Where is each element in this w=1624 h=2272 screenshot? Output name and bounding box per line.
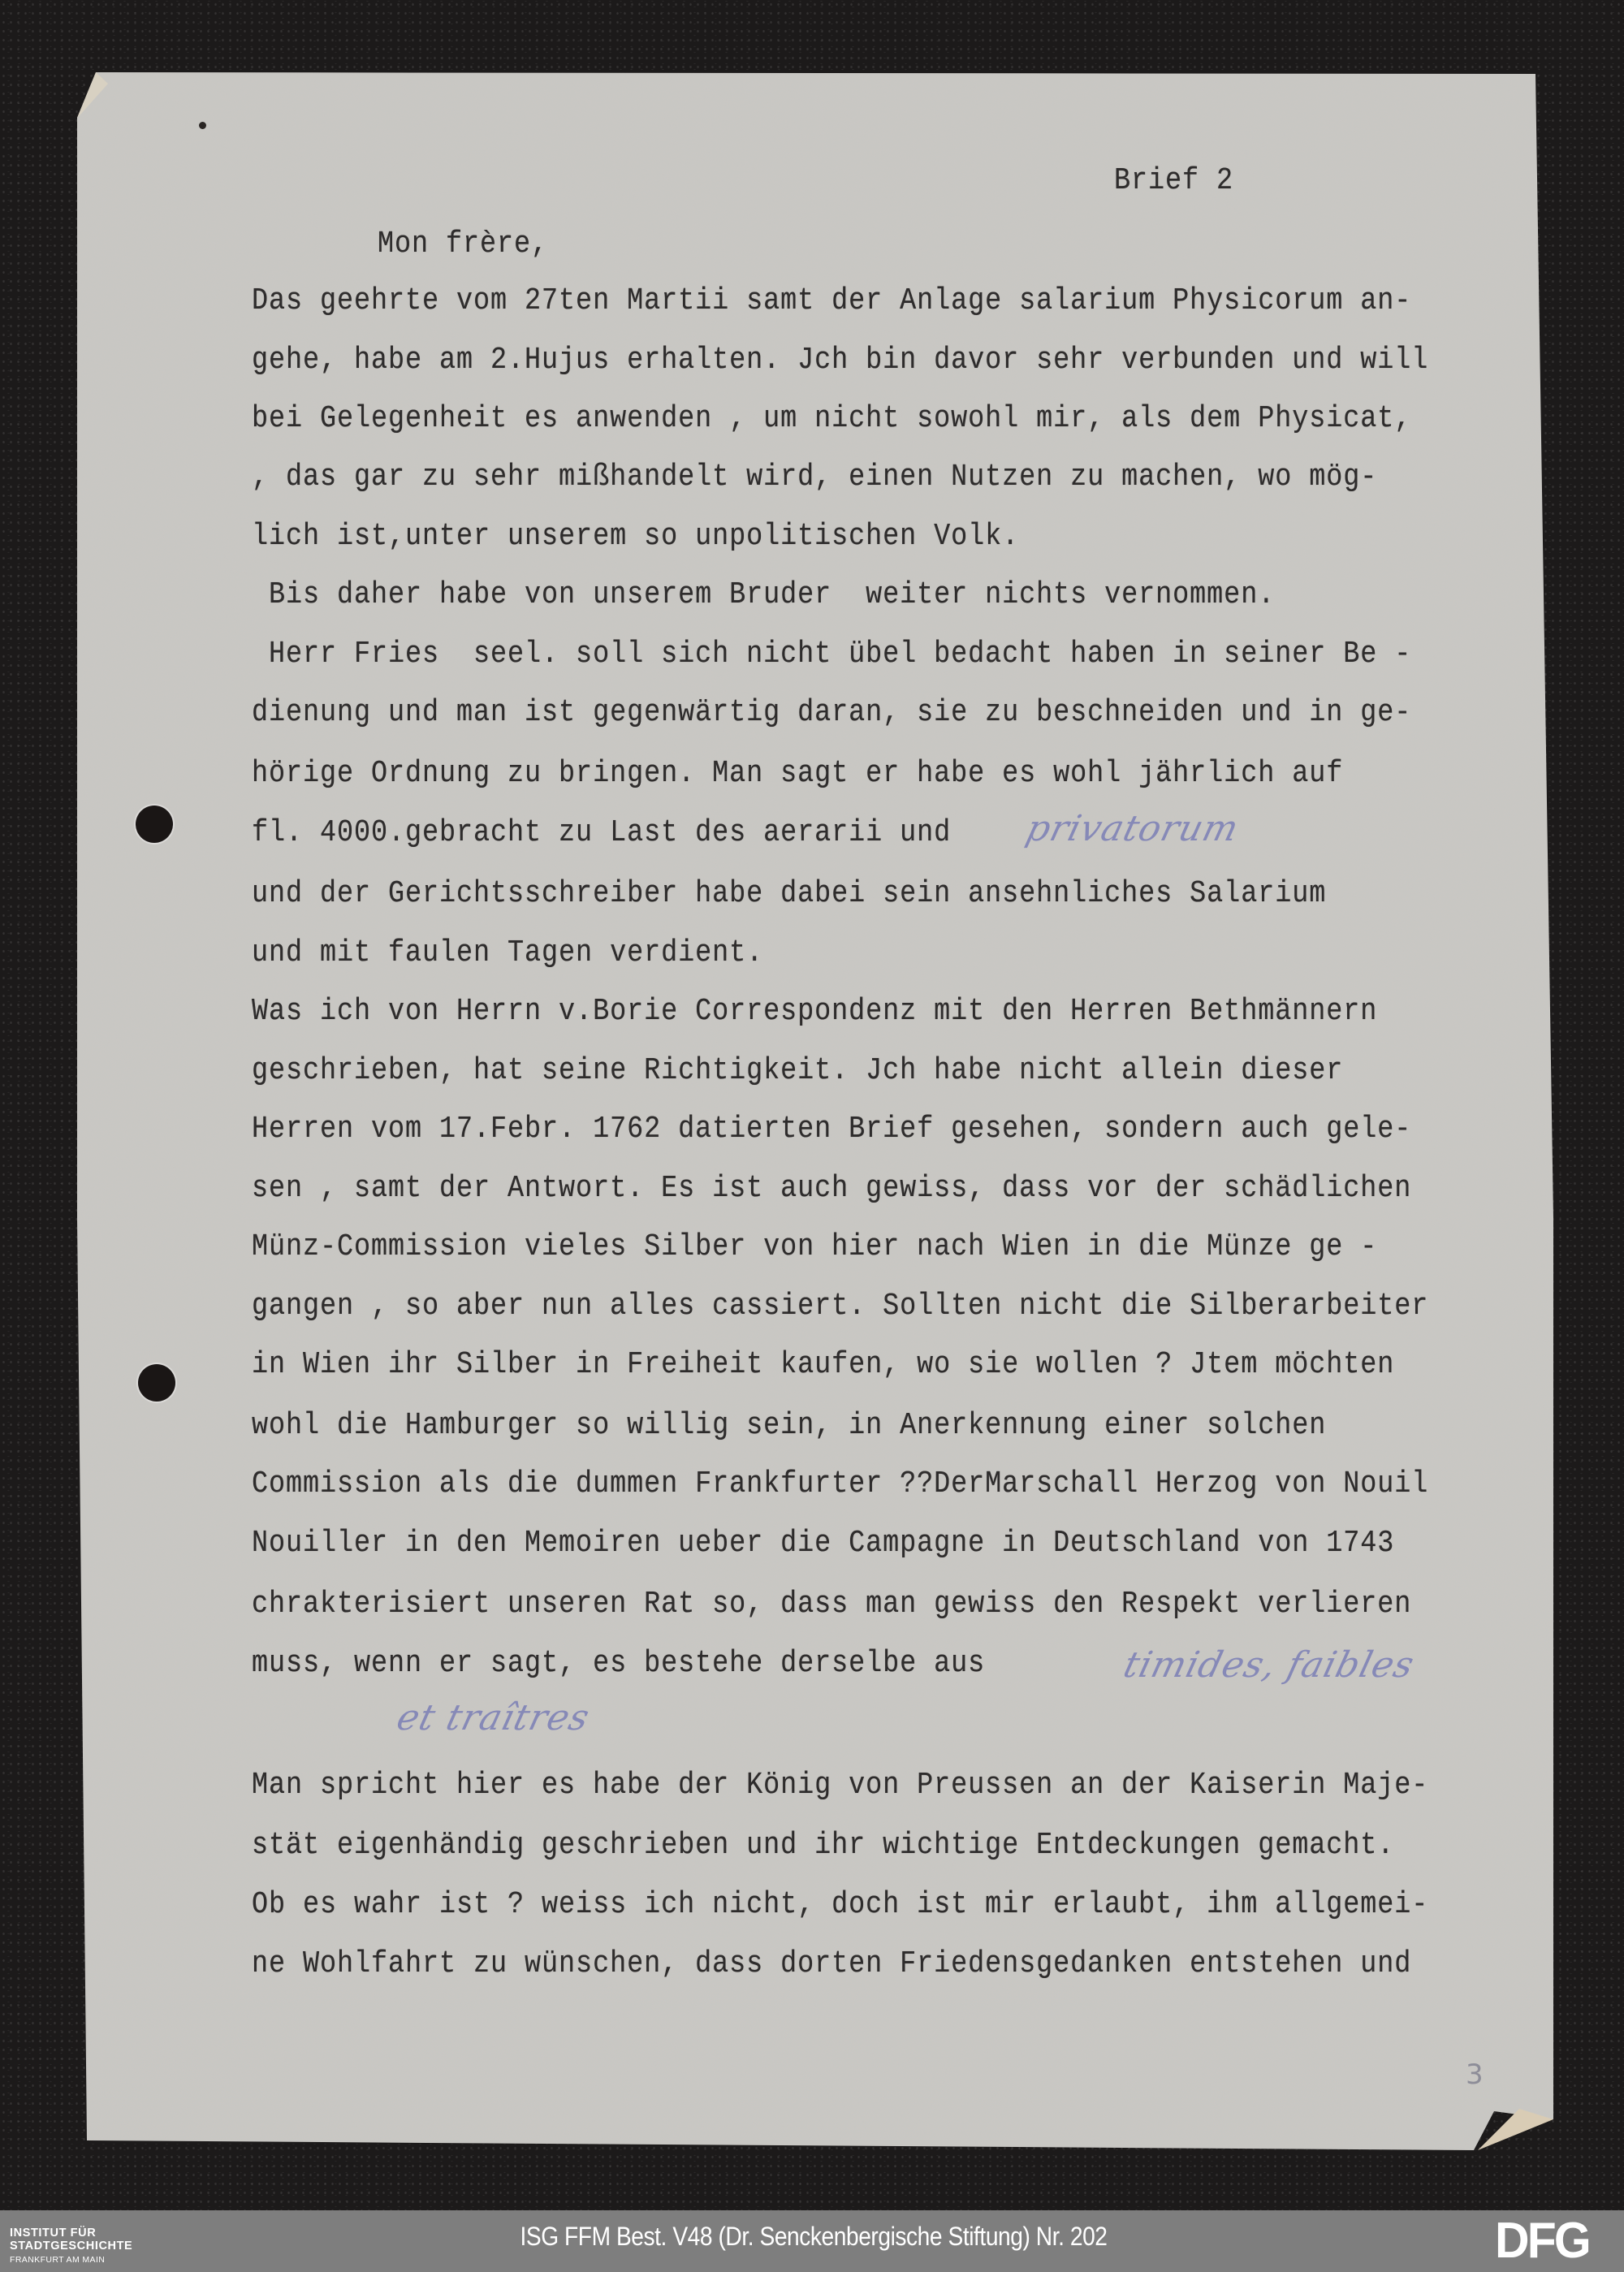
handwritten-annotation: et traîtres [393,1697,594,1739]
text-line: wohl die Hamburger so willig sein, in An… [252,1408,1326,1445]
text-line: Das geehrte vom 27ten Martii samt der An… [252,283,1411,320]
institute-logo: INSTITUT FÜR STADTGESCHICHTE FRANKFURT A… [10,2227,132,2266]
page-number: 3 [1466,2058,1484,2091]
salutation: Mon frère, [378,227,548,263]
dfg-logo: DFG [1495,2218,1589,2264]
text-line: geschrieben, hat seine Richtigkeit. Jch … [252,1053,1343,1090]
text-line: stät eigenhändig geschrieben und ihr wic… [252,1828,1394,1864]
ink-speck [199,122,206,129]
archive-signature: ISG FFM Best. V48 (Dr. Senckenbergische … [507,2222,1121,2252]
text-line: Herr Fries seel. soll sich nicht übel be… [252,637,1411,673]
text-line: sen , samt der Antwort. Es ist auch gewi… [252,1171,1411,1207]
institute-name-line2: STADTGESCHICHTE [10,2240,132,2253]
text-line: und mit faulen Tagen verdient. [252,935,763,972]
text-line: gehe, habe am 2.Hujus erhalten. Jch bin … [252,343,1428,379]
punch-hole-bottom [138,1364,175,1402]
text-line: hörige Ordnung zu bringen. Man sagt er h… [252,756,1343,793]
text-line: lich ist,unter unserem so unpolitischen … [252,519,1019,555]
text-line: Ob es wahr ist ? weiss ich nicht, doch i… [252,1887,1428,1924]
text-line: chrakterisiert unseren Rat so, dass man … [252,1587,1411,1623]
document-page: Brief 2 Mon frère, Das geehrte vom 27ten… [0,0,1624,2192]
handwritten-annotation: privatorum [1022,808,1243,849]
text-line: Commission als die dummen Frankfurter ??… [252,1466,1428,1503]
handwritten-annotation: timides, faibles [1120,1644,1419,1686]
institute-name-line1: INSTITUT FÜR [10,2227,132,2240]
text-line: gangen , so aber nun alles cassiert. Sol… [252,1289,1428,1325]
text-line: muss, wenn er sagt, es bestehe derselbe … [252,1646,985,1682]
text-line: Man spricht hier es habe der König von P… [252,1768,1428,1804]
punch-hole-top [136,806,173,843]
text-line: ne Wohlfahrt zu wünschen, dass dorten Fr… [252,1946,1411,1983]
institute-location: FRANKFURT AM MAIN [10,2253,132,2266]
text-line: in Wien ihr Silber in Freiheit kaufen, w… [252,1347,1394,1384]
text-line: Bis daher habe von unserem Bruder weiter… [252,577,1275,614]
text-line: Münz-Commission vieles Silber von hier n… [252,1229,1377,1266]
archive-footer: INSTITUT FÜR STADTGESCHICHTE FRANKFURT A… [0,2210,1624,2272]
text-line: fl. 4000.gebracht zu Last des aerarii un… [252,815,951,852]
letter-heading: Brief 2 [1114,163,1233,200]
text-line: Nouiller in den Memoiren ueber die Campa… [252,1526,1394,1562]
text-line: , das gar zu sehr mißhandelt wird, einen… [252,460,1377,496]
text-line: dienung und man ist gegenwärtig daran, s… [252,695,1411,732]
text-line: Herren vom 17.Febr. 1762 datierten Brief… [252,1112,1411,1148]
text-line: Was ich von Herrn v.Borie Correspondenz … [252,994,1377,1030]
text-line: und der Gerichtsschreiber habe dabei sei… [252,876,1326,913]
text-line: bei Gelegenheit es anwenden , um nicht s… [252,401,1411,438]
